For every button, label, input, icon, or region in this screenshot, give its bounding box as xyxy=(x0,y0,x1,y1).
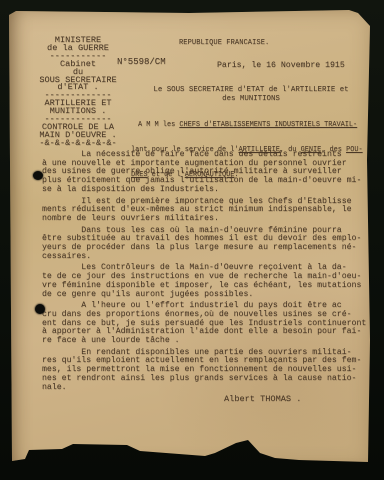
photo-background: MINISTERE de la GUERRE ----------- Cabin… xyxy=(0,0,384,480)
address-text: A M M les xyxy=(138,121,179,129)
paragraph: A l'heure ou l'effort industriel du pays… xyxy=(42,302,366,346)
signature: Albert THOMAS . xyxy=(224,394,301,404)
paragraph: Les Contrôleurs de la Main-d'Oeuvre reço… xyxy=(42,264,366,299)
address-text-underlined: CHEFS d'ETABLISSEMENTS INDUSTRIELS TRAVA… xyxy=(179,121,357,129)
paragraph: Dans tous les cas où la main-d'oeuvre fé… xyxy=(42,227,366,262)
recipient-line: A M M les CHEFS d'ETABLISSEMENTS INDUSTR… xyxy=(131,121,363,129)
paragraph: Il est de première importance que les Ch… xyxy=(42,198,366,224)
reference-number: N°5598/CM xyxy=(117,57,166,67)
sender-title: Le SOUS SECRETAIRE d'ETAT de l'ARTILLERI… xyxy=(121,86,381,104)
letterhead: MINISTERE de la GUERRE ----------- Cabin… xyxy=(23,37,133,148)
letter-body: La nécessité de faire face dans des déla… xyxy=(42,151,366,395)
letter-page: MINISTERE de la GUERRE ----------- Cabin… xyxy=(9,10,371,468)
republic-heading: REPUBLIQUE FRANCAISE. xyxy=(179,39,269,47)
punch-hole-top xyxy=(33,171,43,180)
sender-title-line2: des MUNITIONS xyxy=(121,95,381,104)
dateline: Paris, le 16 Novembre 1915 xyxy=(217,61,345,70)
paragraph: La nécessité de faire face dans des déla… xyxy=(42,151,366,195)
punch-hole-bottom xyxy=(35,304,45,314)
letterhead-divider: -&-&-&-&-&-&-&- xyxy=(23,140,133,148)
paragraph: En rendant disponibles une partie des ou… xyxy=(42,349,366,393)
sender-title-line1: Le SOUS SECRETAIRE d'ETAT de l'ARTILLERI… xyxy=(121,86,381,95)
